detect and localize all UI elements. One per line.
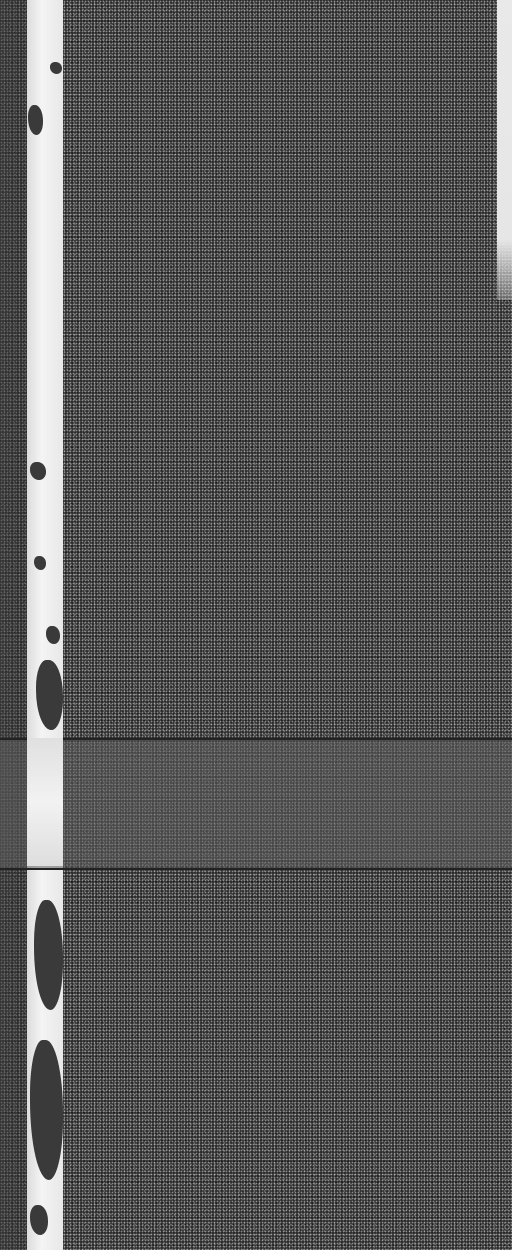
- pavement-patch: [0, 738, 512, 870]
- paint-wear: [50, 62, 62, 74]
- asphalt-texture: [0, 0, 512, 1250]
- road-surface: [0, 0, 512, 1250]
- paint-wear: [34, 556, 46, 570]
- paint-wear: [28, 105, 43, 135]
- dashed-lane-line: [497, 0, 512, 300]
- paint-wear: [30, 462, 46, 480]
- paint-wear: [30, 1205, 48, 1235]
- solid-edge-line-patch: [27, 738, 63, 866]
- paint-wear: [36, 660, 63, 730]
- paint-wear: [46, 626, 60, 644]
- road-shoulder: [0, 0, 27, 1250]
